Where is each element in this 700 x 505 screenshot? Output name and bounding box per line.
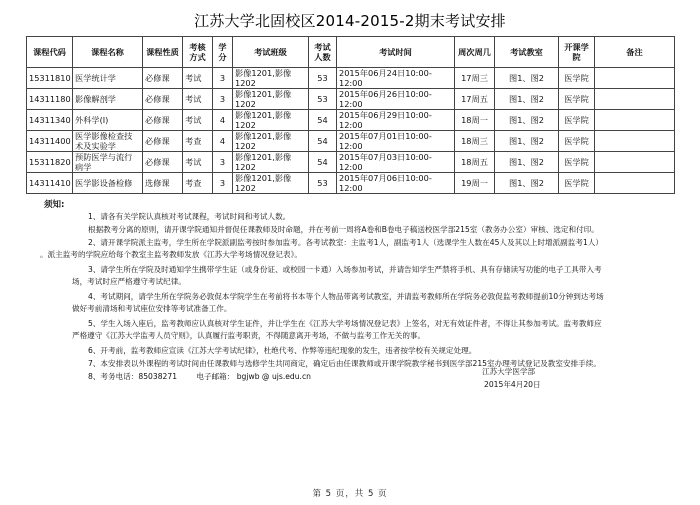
cell-time: 2015年07月06日10:00-12:00: [337, 173, 455, 194]
table-row: 14311180 影像解剖学 必修课 考试 3 影像1201,影像1202 53…: [27, 89, 675, 110]
cell-name: 预防医学与流行病学: [73, 152, 143, 173]
cell-classes: 影像1201,影像1202: [233, 152, 309, 173]
header-name: 课程名称: [73, 37, 143, 68]
table-row: 15311820 预防医学与流行病学 必修课 考试 3 影像1201,影像120…: [27, 152, 675, 173]
cell-name: 影像解剖学: [73, 89, 143, 110]
cell-room: 图1、图2: [495, 68, 559, 89]
header-week: 周次周几: [455, 37, 495, 68]
cell-type: 必修课: [143, 89, 183, 110]
cell-code: 14311400: [27, 131, 73, 152]
cell-college: 医学院: [559, 110, 595, 131]
cell-name: 医学影设备检修: [73, 173, 143, 194]
note-line: 6、开考前，监考教师应宣读《江苏大学考试纪律》，杜绝代考、作弊等违纪现象的发生，…: [88, 345, 476, 356]
cell-classes: 影像1201,影像1202: [233, 68, 309, 89]
exam-schedule-table: 课程代码 课程名称 课程性质 考核方式 学分 考试班级 考试人数 考试时间 周次…: [26, 36, 675, 194]
header-classes: 考试班级: [233, 37, 309, 68]
cell-count: 54: [309, 152, 337, 173]
cell-note: [595, 131, 675, 152]
cell-credit: 3: [213, 173, 233, 194]
cell-credit: 3: [213, 152, 233, 173]
cell-method: 考查: [183, 131, 213, 152]
cell-name: 医学影像检查技术及实验学: [73, 131, 143, 152]
cell-credit: 4: [213, 131, 233, 152]
cell-college: 医学院: [559, 131, 595, 152]
cell-week: 18周三: [455, 131, 495, 152]
cell-type: 选修课: [143, 173, 183, 194]
cell-week: 17周五: [455, 89, 495, 110]
cell-count: 53: [309, 89, 337, 110]
header-method: 考核方式: [183, 37, 213, 68]
cell-time: 2015年06月26日10:00-12:00: [337, 89, 455, 110]
cell-code: 14311340: [27, 110, 73, 131]
notes-label: 须知:: [44, 198, 64, 210]
table-row: 15311810 医学统计学 必修课 考试 3 影像1201,影像1202 53…: [27, 68, 675, 89]
header-time: 考试时间: [337, 37, 455, 68]
signature-org: 江苏大学医学部: [482, 366, 535, 377]
cell-note: [595, 152, 675, 173]
cell-credit: 4: [213, 110, 233, 131]
note-line: 3、请学生所在学院及时通知学生携带学生证（或身份证、或校园一卡通）入场参加考试，…: [88, 264, 602, 275]
cell-college: 医学院: [559, 89, 595, 110]
contact-line: 8、考务电话：85038271 电子邮箱： bgjwb @ ujs.edu.cn: [88, 371, 311, 382]
page-footer: 第 5 页，共 5 页: [0, 487, 700, 499]
header-code: 课程代码: [27, 37, 73, 68]
header-type: 课程性质: [143, 37, 183, 68]
cell-classes: 影像1201,影像1202: [233, 89, 309, 110]
cell-college: 医学院: [559, 173, 595, 194]
note-line: 5、学生入场入座后，监考教师应认真核对学生证件，并让学生在《江苏大学考场情况登记…: [88, 318, 602, 329]
cell-room: 图1、图2: [495, 110, 559, 131]
table-header-row: 课程代码 课程名称 课程性质 考核方式 学分 考试班级 考试人数 考试时间 周次…: [27, 37, 675, 68]
note-line: 4、考试期间，请学生所在学院务必敦促本学院学生在考前将书本等个人物品带离考试教室…: [88, 291, 604, 302]
cell-method: 考试: [183, 152, 213, 173]
cell-method: 考试: [183, 89, 213, 110]
cell-method: 考查: [183, 173, 213, 194]
cell-note: [595, 110, 675, 131]
cell-count: 53: [309, 68, 337, 89]
note-line: 场，考试时应严格遵守考试纪律。: [72, 276, 186, 287]
cell-note: [595, 68, 675, 89]
header-note: 备注: [595, 37, 675, 68]
cell-count: 54: [309, 131, 337, 152]
cell-code: 15311820: [27, 152, 73, 173]
cell-classes: 影像1201,影像1202: [233, 131, 309, 152]
signature-date: 2015年4月20日: [484, 379, 541, 390]
note-line: 2、请开课学院派主监考，学生所在学院派副监考按时参加监考。各考试教室：主监考1人…: [88, 237, 603, 248]
header-credit: 学分: [213, 37, 233, 68]
document-title: 江苏大学北固校区2014-2015-2期末考试安排: [0, 10, 700, 31]
note-line: 做好考前清场和考试座位安排等考试准备工作。: [72, 303, 231, 314]
cell-room: 图1、图2: [495, 131, 559, 152]
cell-college: 医学院: [559, 152, 595, 173]
cell-code: 14311180: [27, 89, 73, 110]
table-row: 14311410 医学影设备检修 选修课 考查 3 影像1201,影像1202 …: [27, 173, 675, 194]
cell-code: 14311410: [27, 173, 73, 194]
table-row: 14311340 外科学(I) 必修课 考试 4 影像1201,影像1202 5…: [27, 110, 675, 131]
note-line: 。派主监考的学院应给每个教室主监考教师发放《江苏大学考场情况登记表》。: [40, 249, 302, 260]
cell-name: 医学统计学: [73, 68, 143, 89]
cell-time: 2015年06月24日10:00-12:00: [337, 68, 455, 89]
cell-week: 18周五: [455, 152, 495, 173]
cell-room: 图1、图2: [495, 173, 559, 194]
cell-room: 图1、图2: [495, 89, 559, 110]
cell-type: 必修课: [143, 131, 183, 152]
cell-note: [595, 173, 675, 194]
cell-credit: 3: [213, 89, 233, 110]
cell-count: 53: [309, 173, 337, 194]
cell-time: 2015年07月03日10:00-12:00: [337, 152, 455, 173]
cell-week: 19周一: [455, 173, 495, 194]
cell-code: 15311810: [27, 68, 73, 89]
cell-type: 必修课: [143, 68, 183, 89]
cell-time: 2015年07月01日10:00-12:00: [337, 131, 455, 152]
cell-classes: 影像1201,影像1202: [233, 173, 309, 194]
cell-note: [595, 89, 675, 110]
cell-week: 18周一: [455, 110, 495, 131]
cell-name: 外科学(I): [73, 110, 143, 131]
cell-method: 考试: [183, 68, 213, 89]
cell-time: 2015年06月29日10:00-12:00: [337, 110, 455, 131]
cell-count: 54: [309, 110, 337, 131]
cell-college: 医学院: [559, 68, 595, 89]
cell-room: 图1、图2: [495, 152, 559, 173]
cell-credit: 3: [213, 68, 233, 89]
cell-method: 考试: [183, 110, 213, 131]
header-room: 考试教室: [495, 37, 559, 68]
header-college: 开课学院: [559, 37, 595, 68]
note-line: 1、请各有关学院认真核对考试课程，考试时间和考试人数。: [88, 211, 290, 222]
cell-type: 必修课: [143, 152, 183, 173]
cell-type: 必修课: [143, 110, 183, 131]
note-line: 严格遵守《江苏大学监考人员守则》，认真履行监考职责，不得随意离开考场，不做与监考…: [72, 330, 425, 341]
cell-week: 17周三: [455, 68, 495, 89]
header-count: 考试人数: [309, 37, 337, 68]
note-line: 根据教考分离的原则，请开课学院通知并督促任课教师及时命题，并在考前一周将A卷和B…: [88, 224, 599, 235]
table-row: 14311400 医学影像检查技术及实验学 必修课 考查 4 影像1201,影像…: [27, 131, 675, 152]
cell-classes: 影像1201,影像1202: [233, 110, 309, 131]
